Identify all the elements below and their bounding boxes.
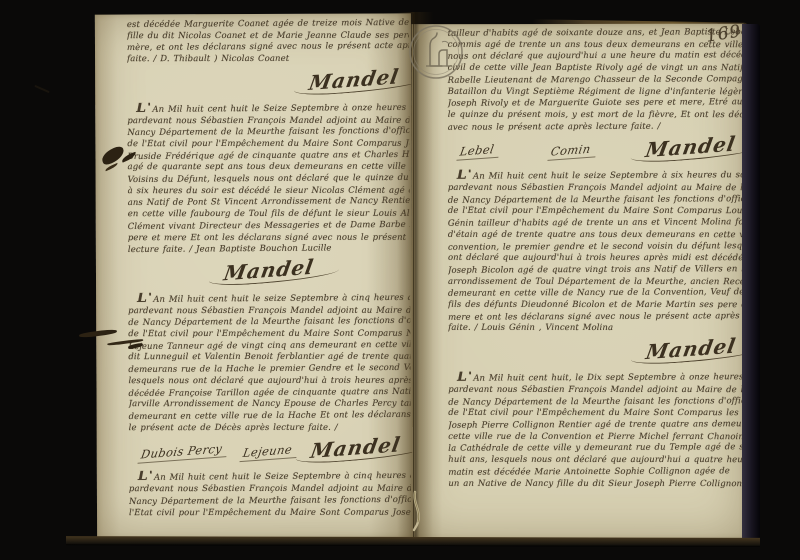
manuscript-line: est décédée Marguerite Coanet agée de tr… — [127, 18, 409, 32]
manuscript-line: civil de cette ville Jean Baptiste Rivol… — [448, 63, 745, 75]
manuscript-line: Joseph Rivoly et de Marguerite Guiote se… — [448, 97, 745, 110]
register-entry: tailleur d'habits agé de soixante douze … — [448, 28, 745, 163]
book-cover-edge-right — [742, 24, 760, 540]
signature: Mandel — [644, 334, 738, 365]
signature-row: LebelCominMandel — [448, 133, 745, 163]
manuscript-line: pardevant nous Sébastien François Mandel… — [448, 183, 745, 195]
signature: Comin — [548, 142, 598, 162]
manuscript-line: Nancy Département de la Meurthe faisant … — [129, 495, 411, 509]
manuscript-line: pardevant nous Sébastien François Mandel… — [448, 385, 744, 397]
manuscript-line: faite. / Louis Génin , Vincent Molina — [448, 323, 744, 335]
manuscript-line: un an Native de Nancy fille du dit Sieur… — [448, 478, 744, 490]
margin-pencil-mark — [34, 85, 49, 93]
manuscript-line: tailleur d'habits agé de soixante douze … — [448, 27, 745, 40]
manuscript-line: fils des défunts Dieudonné Bicolon et de… — [448, 300, 744, 312]
manuscript-line: L'An Mil huit cent huit, le Dix sept Sep… — [448, 370, 744, 385]
register-entry: L'An Mil huit cent huit le Seize Septemb… — [129, 470, 411, 520]
manuscript-line: Clément vivant Directeur des Messageries… — [128, 220, 410, 234]
manuscript-line: L'An Mil huit cent huit le Seize Septemb… — [127, 101, 409, 117]
signature: Mandel — [309, 432, 403, 463]
manuscript-line: Joseph Pierre Collignon Rentier agé de t… — [448, 419, 744, 432]
manuscript-line: Génin tailleur d'habits agé de trente un… — [448, 217, 745, 230]
book-fold-line — [413, 14, 414, 538]
manuscript-line: ont déclaré que aujourd'hui à trois heur… — [448, 253, 744, 265]
manuscript-line: de l'État civil pour l'Empêchement du Ma… — [128, 329, 410, 341]
manuscript-line: le quinze du présent mois, y est mort de… — [448, 110, 745, 122]
register-entry: L'An Mil huit cent huit, le Dix sept Sep… — [448, 371, 744, 491]
manuscript-line: Rabelle Lieutenant de Marengo Chasseur d… — [448, 74, 745, 87]
manuscript-line: demeurant en cette ville de Nancy rue de… — [448, 288, 744, 301]
signature: Mandel — [307, 64, 401, 95]
round-seal-stamp-icon — [406, 20, 466, 84]
manuscript-line: la Cathédrale de cette ville y demeurant… — [448, 443, 744, 456]
manuscript-line: lesquels nous ont déclaré que aujourd'hu… — [128, 376, 410, 388]
manuscript-line: de l'État civil pour l'Empêchement du Ma… — [448, 408, 744, 420]
register-entry: L'An Mil huit cent huit le seize Septemb… — [128, 291, 411, 464]
left-page-edge-stack — [52, 12, 101, 538]
manuscript-line: l'État civil pour l'Empêchement du Maire… — [129, 507, 411, 519]
binding-thread — [405, 490, 429, 532]
signature-row: Dubois PercyLejeuneMandel — [129, 434, 411, 464]
manuscript-line: de l'État civil pour l'Empêchement du Ma… — [127, 139, 409, 151]
register-entry: est décédée Marguerite Coanet agée de tr… — [127, 18, 409, 95]
manuscript-line: L'An Mil huit cent huit le Seize Septemb… — [129, 469, 411, 485]
register-page-left: est décédée Marguerite Coanet agée de tr… — [95, 13, 413, 538]
manuscript-line: avec nous le présent acte après lecture … — [448, 121, 745, 134]
signature: Dubois Percy — [137, 441, 229, 464]
manuscript-line: nous ont déclaré que aujourd'hui a une h… — [448, 51, 745, 64]
manuscript-line: pardevant nous Sébastien François Mandel… — [129, 484, 411, 496]
register-entry: L'An Mil huit cent huit le Seize Septemb… — [127, 101, 410, 285]
book-cover-edge-bottom — [66, 536, 760, 547]
manuscript-text-right: tailleur d'habits agé de soixante douze … — [448, 28, 745, 498]
register-page-right: tailleur d'habits agé de soixante douze … — [412, 24, 745, 540]
manuscript-line: le présent acte de Décès après lecture f… — [129, 422, 411, 434]
register-entry: L'An Mil huit cent huit le seize Septemb… — [448, 169, 745, 364]
signature-row: Mandel — [127, 65, 409, 95]
manuscript-line: faite. / D. Thibault ) Nicolas Coanet — [127, 54, 409, 66]
manuscript-line: d'étain agé de trente quatre ans tous de… — [448, 230, 745, 242]
signature: Lejeune — [240, 442, 300, 462]
signature: Mandel — [644, 132, 738, 163]
signature-row: Mandel — [128, 255, 410, 285]
manuscript-line: Joseph Bicolon agé de quatre vingt trois… — [448, 264, 744, 277]
manuscript-line: L'An Mil huit cent huit le seize Septemb… — [448, 169, 745, 184]
signature: Lebel — [456, 142, 501, 161]
manuscript-line: L'An Mil huit cent huit le seize Septemb… — [128, 291, 410, 307]
manuscript-text-left: est décédée Marguerite Coanet agée de tr… — [127, 18, 411, 526]
signature: Mandel — [222, 254, 316, 285]
manuscript-line: Voisins du Défunt, lesquels nous ont déc… — [128, 173, 410, 187]
manuscript-line: matin est décédée Marie Antoinette Sophi… — [448, 466, 744, 479]
photographed-register-scene: est décédée Marguerite Coanet agée de tr… — [0, 0, 800, 560]
manuscript-line: demeurant en cette ville rue de la Hache… — [129, 410, 411, 424]
manuscript-line: huit ans, lesquels nous ont déclaré que … — [448, 455, 744, 467]
signature-row: Mandel — [448, 335, 744, 365]
